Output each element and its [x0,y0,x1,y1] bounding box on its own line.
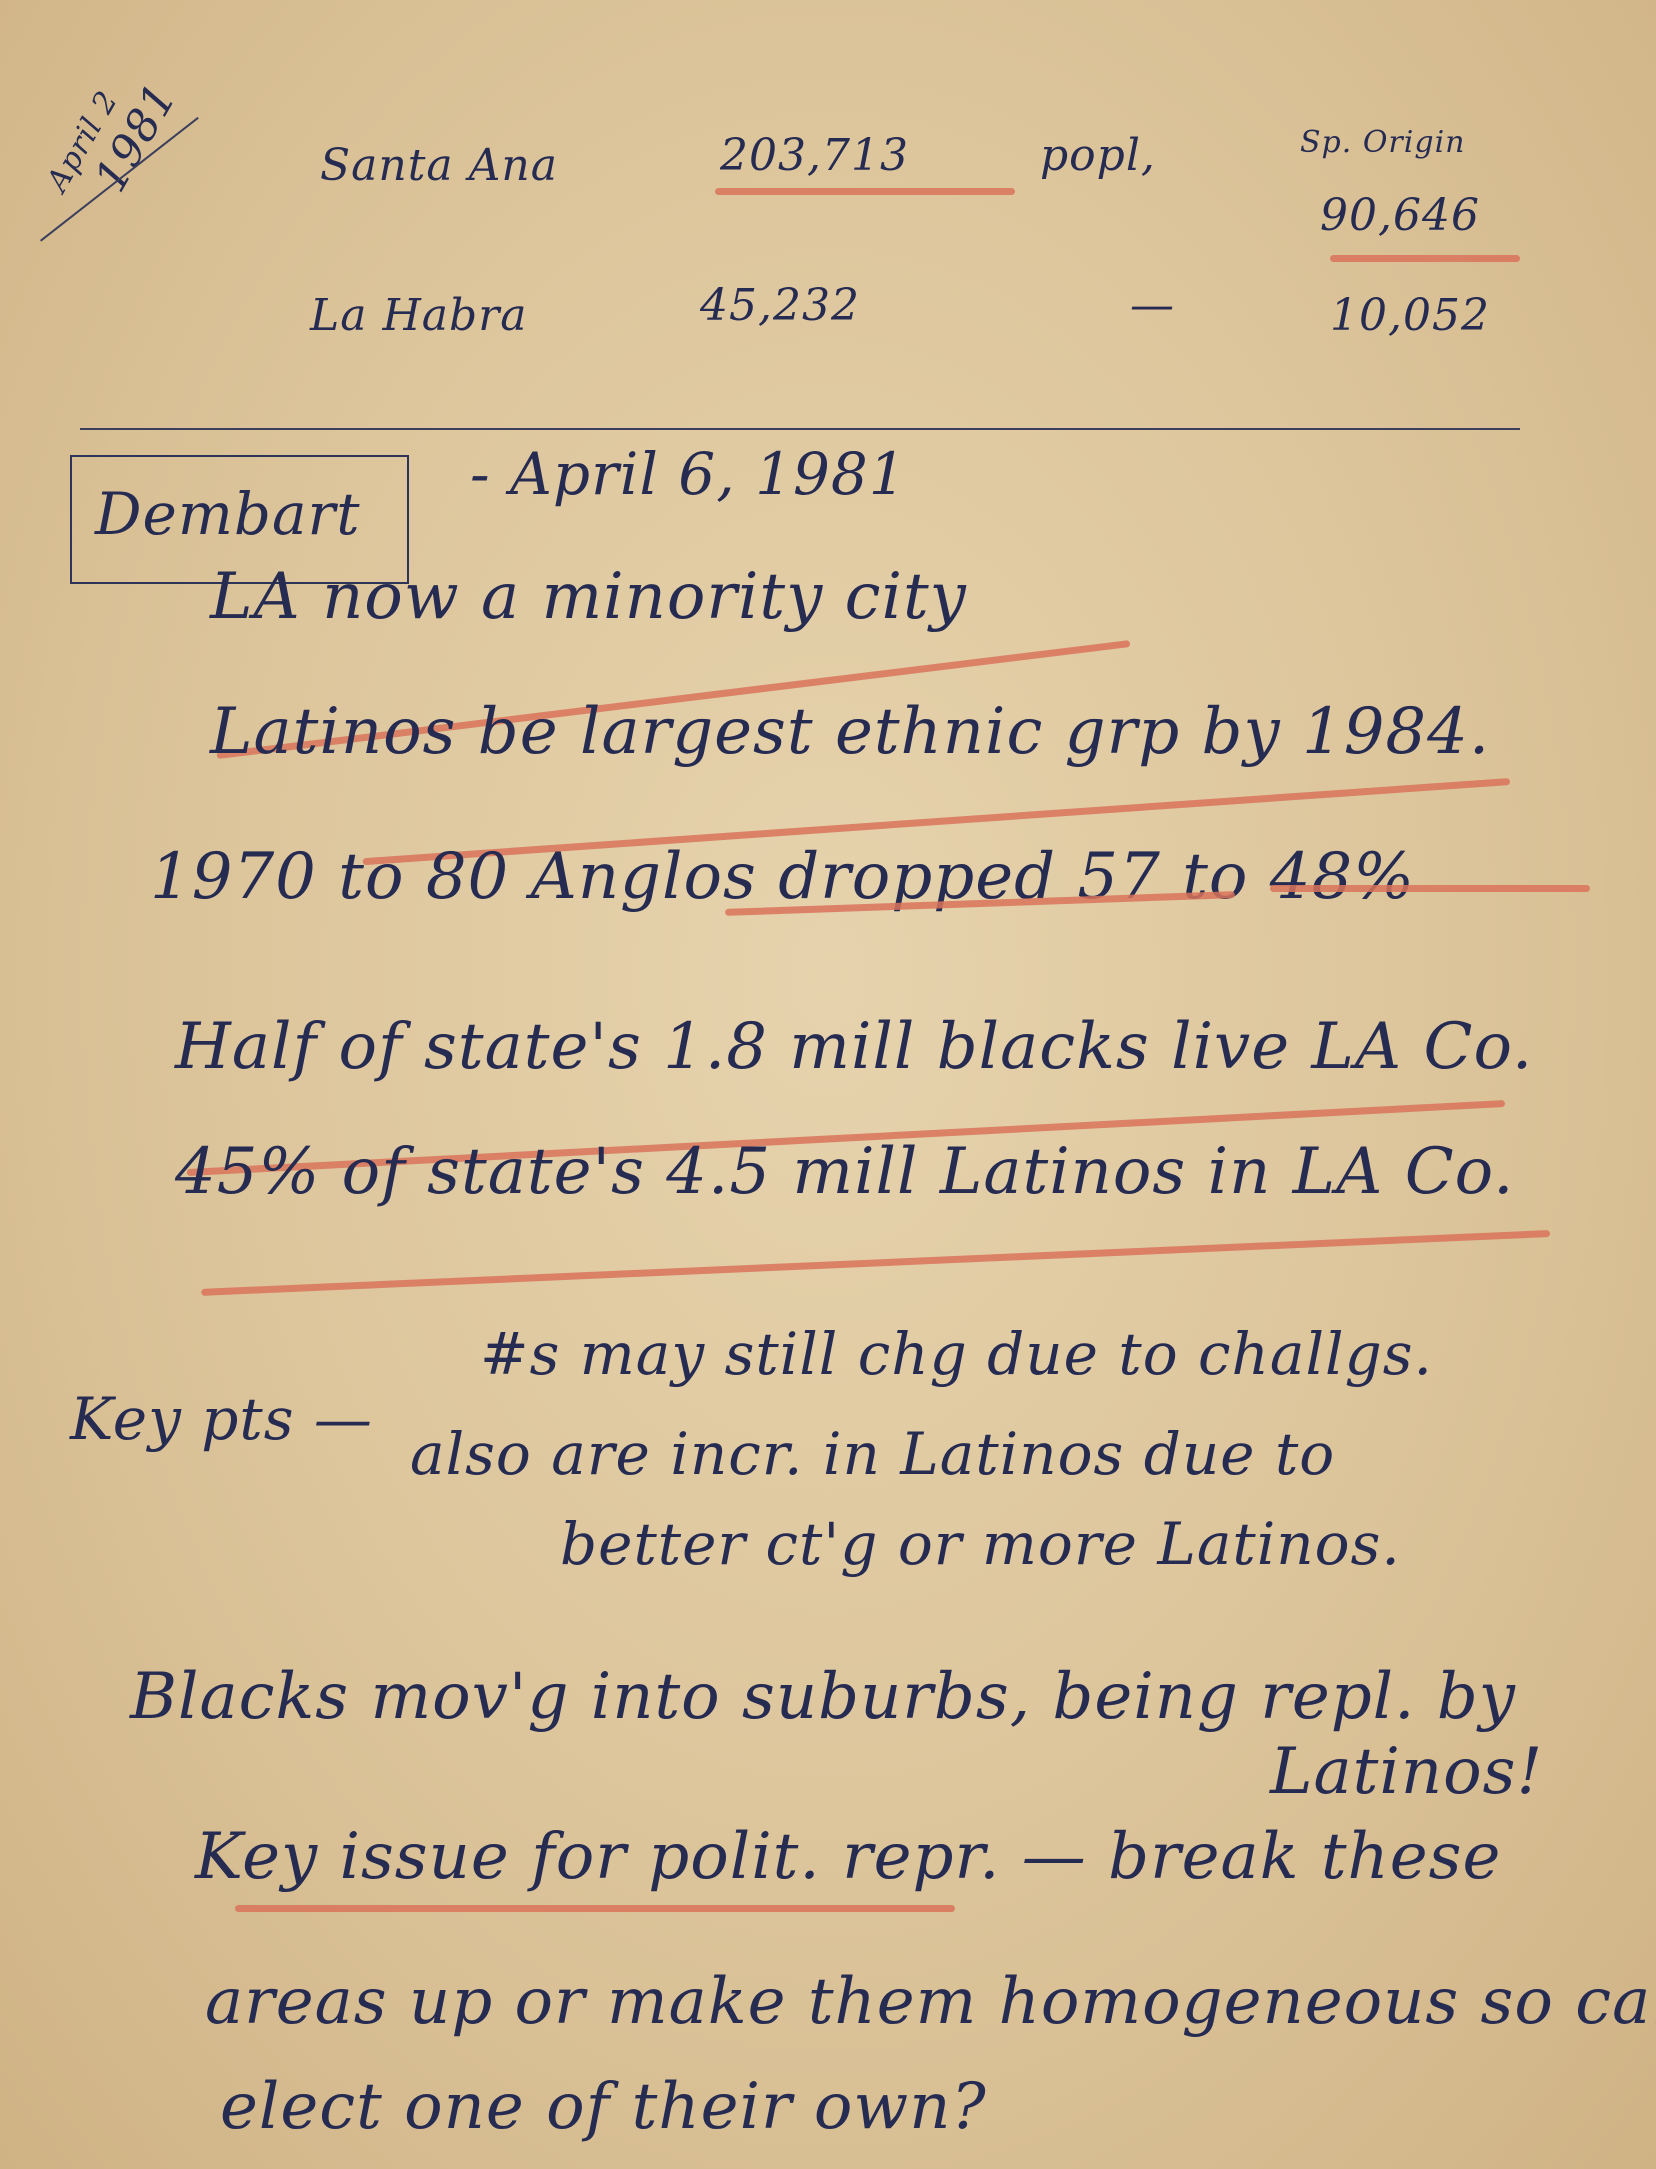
santa-ana-population: 203,713 [720,130,909,181]
section-date: - April 6, 1981 [470,440,907,508]
origin-label: Sp. Origin [1300,125,1465,160]
key-point-2: also are incr. in Latinos due to [410,1420,1335,1488]
closing-line-3: Key issue for polit. repr. — break these [195,1820,1501,1894]
underline-percent [1270,885,1590,892]
line-1: LA now a minority city [210,560,967,634]
la-habra-population: 45,232 [700,280,860,331]
key-points-label: Key pts — [70,1385,373,1453]
underline-key-issue [235,1905,955,1912]
key-point-3: better ct'g or more Latinos. [560,1510,1401,1578]
note-page: April 2 1981 Santa Ana 203,713 popl, Sp.… [0,0,1656,2169]
underline-santa-ana-pop [715,188,1015,195]
line-2: Latinos be largest ethnic grp by 1984. [210,695,1490,769]
closing-line-4: areas up or make them homogeneous so can [205,1965,1656,2039]
line-3: 1970 to 80 Anglos dropped 57 to 48% [150,840,1415,914]
line-5: 45% of state's 4.5 mill Latinos in LA Co… [175,1135,1514,1209]
underline-line-5 [201,1230,1550,1296]
la-habra-origin: 10,052 [1330,290,1490,341]
underline-santa-ana-origin [1330,255,1520,262]
section-divider [80,428,1520,430]
key-point-1: #s may still chg due to challgs. [480,1320,1433,1388]
closing-line-5: elect one of their own? [220,2070,987,2144]
santa-ana-unit: popl, [1040,130,1156,181]
santa-ana-city: Santa Ana [320,140,558,191]
santa-ana-origin: 90,646 [1320,190,1480,241]
la-habra-city: La Habra [310,290,527,341]
boxed-name: Dembart [95,480,361,548]
la-habra-dash: — [1130,280,1175,331]
line-4: Half of state's 1.8 mill blacks live LA … [175,1010,1533,1084]
closing-line-1: Blacks mov'g into suburbs, being repl. b… [130,1660,1516,1734]
closing-line-2: Latinos! [1270,1735,1543,1809]
